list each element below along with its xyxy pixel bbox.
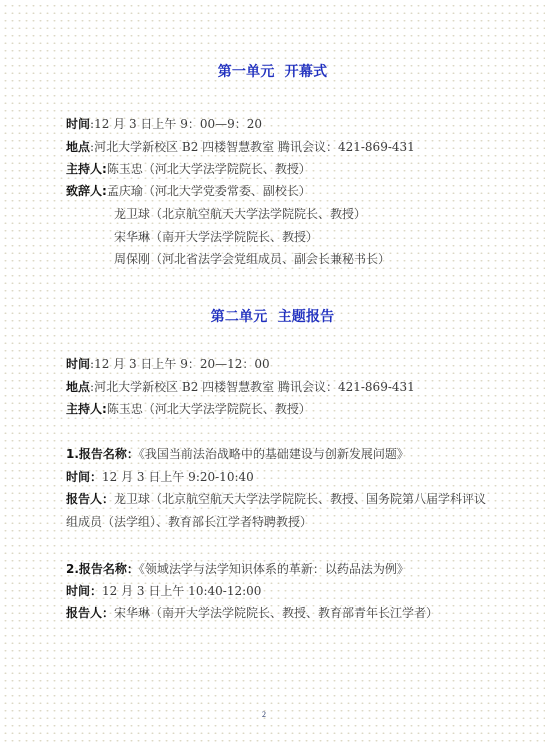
report1-name-value: 《我国当前法治战略中的基础建设与创新发展问题》 xyxy=(139,447,409,461)
report1-reporter-row: 报告人：龙卫球（北京航空航天大学法学院院长、教授、国务院第八届学科评议 xyxy=(66,491,486,507)
unit1-speaker-2: 龙卫球（北京航空航天大学法学院院长、教授） xyxy=(114,207,366,221)
unit2-host-label: 主持人 xyxy=(66,402,102,416)
report1-name-label: 1.报告名称： xyxy=(66,447,139,461)
unit1-speaker-row-4: 周保刚（河北省法学会党组成员、副会长兼秘书长） xyxy=(114,251,390,267)
unit2-place-label: 地点 xyxy=(66,380,90,394)
unit2-place-value: 河北大学新校区 B2 四楼智慧教室 腾讯会议：421-869-431 xyxy=(94,380,415,394)
unit1-host-value: 陈玉忠（河北大学法学院院长、教授） xyxy=(107,162,311,176)
unit1-speaker-1: 孟庆瑜（河北大学党委常委、副校长） xyxy=(107,184,311,198)
unit1-speakers-label: 致辞人 xyxy=(66,184,102,198)
unit2-host-value: 陈玉忠（河北大学法学院院长、教授） xyxy=(107,402,311,416)
unit1-place-value: 河北大学新校区 B2 四楼智慧教室 腾讯会议：421-869-431 xyxy=(94,140,415,154)
document-page: 第一单元 开幕式 时间:12 月 3 日上午 9：00—9：20 地点:河北大学… xyxy=(0,0,545,743)
unit1-time-label: 时间 xyxy=(66,117,90,131)
unit1-speaker-row-2: 龙卫球（北京航空航天大学法学院院长、教授） xyxy=(114,206,366,222)
unit2-host-row: 主持人:陈玉忠（河北大学法学院院长、教授） xyxy=(66,401,311,417)
unit2-title: 第二单元 主题报告 xyxy=(0,306,545,326)
report1-time-value: 12 月 3 日上午 9:20-10:40 xyxy=(102,470,254,484)
report1-reporter-row-cont: 组成员（法学组）、教育部长江学者特聘教授） xyxy=(66,514,312,530)
unit1-time-row: 时间:12 月 3 日上午 9：00—9：20 xyxy=(66,116,262,132)
report1-name-row: 1.报告名称：《我国当前法治战略中的基础建设与创新发展问题》 xyxy=(66,446,409,462)
unit1-place-row: 地点:河北大学新校区 B2 四楼智慧教室 腾讯会议：421-869-431 xyxy=(66,139,415,155)
unit1-speaker-3: 宋华琳（南开大学法学院院长、教授） xyxy=(114,230,318,244)
report2-time-label: 时间： xyxy=(66,584,102,598)
unit1-speaker-4: 周保刚（河北省法学会党组成员、副会长兼秘书长） xyxy=(114,252,390,266)
page-number: 2 xyxy=(262,710,266,719)
report2-name-value: 《领域法学与法学知识体系的革新：以药品法为例》 xyxy=(139,562,409,576)
unit1-host-label: 主持人 xyxy=(66,162,102,176)
report1-time-label: 时间： xyxy=(66,470,102,484)
unit2-time-label: 时间 xyxy=(66,357,90,371)
report2-reporter-row: 报告人：宋华琳（南开大学法学院院长、教授、教育部青年长江学者） xyxy=(66,605,438,621)
report2-reporter-label: 报告人： xyxy=(66,606,114,620)
unit1-time-value: 12 月 3 日上午 9：00—9：20 xyxy=(94,117,262,131)
unit1-speaker-row-3: 宋华琳（南开大学法学院院长、教授） xyxy=(114,229,318,245)
report1-reporter-value-cont: 组成员（法学组）、教育部长江学者特聘教授） xyxy=(66,515,312,529)
report1-reporter-value: 龙卫球（北京航空航天大学法学院院长、教授、国务院第八届学科评议 xyxy=(114,492,486,506)
report2-name-label: 2.报告名称： xyxy=(66,562,139,576)
report1-time-row: 时间：12 月 3 日上午 9:20-10:40 xyxy=(66,469,254,485)
report2-name-row: 2.报告名称：《领域法学与法学知识体系的革新：以药品法为例》 xyxy=(66,561,409,577)
unit2-time-row: 时间:12 月 3 日上午 9：20—12：00 xyxy=(66,356,270,372)
unit1-place-label: 地点 xyxy=(66,140,90,154)
unit2-place-row: 地点:河北大学新校区 B2 四楼智慧教室 腾讯会议：421-869-431 xyxy=(66,379,415,395)
unit1-host-row: 主持人:陈玉忠（河北大学法学院院长、教授） xyxy=(66,161,311,177)
unit1-title: 第一单元 开幕式 xyxy=(0,61,545,81)
unit2-time-value: 12 月 3 日上午 9：20—12：00 xyxy=(94,357,270,371)
report2-time-value: 12 月 3 日上午 10:40-12:00 xyxy=(102,584,261,598)
report2-reporter-value: 宋华琳（南开大学法学院院长、教授、教育部青年长江学者） xyxy=(114,606,438,620)
report2-time-row: 时间：12 月 3 日上午 10:40-12:00 xyxy=(66,583,261,599)
report1-reporter-label: 报告人： xyxy=(66,492,114,506)
unit1-speakers-row: 致辞人:孟庆瑜（河北大学党委常委、副校长） xyxy=(66,183,311,199)
